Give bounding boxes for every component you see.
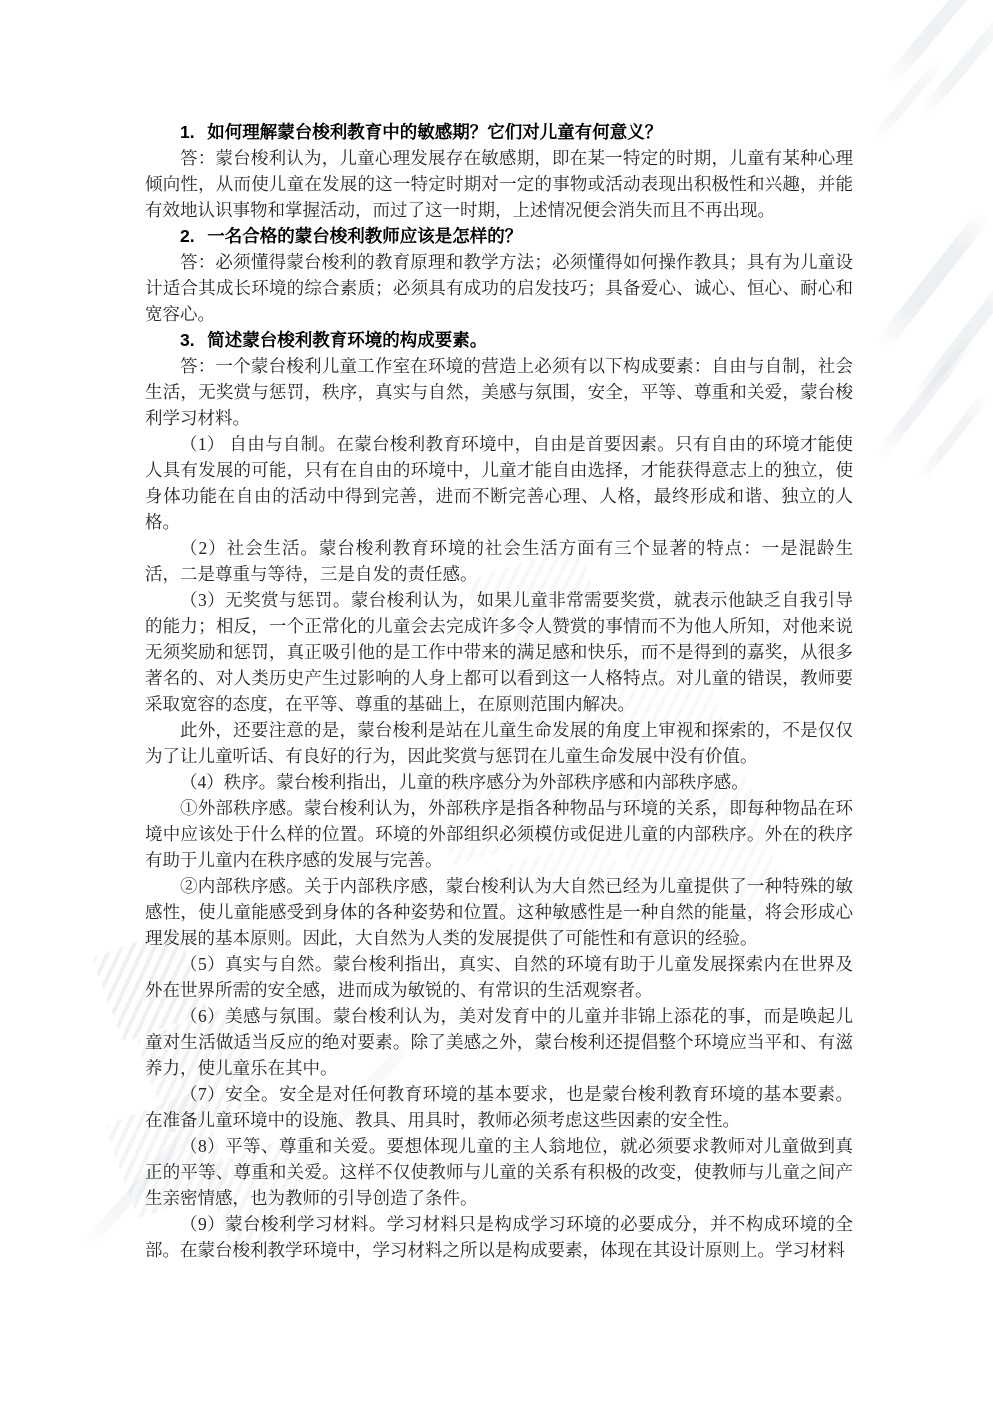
- watermark-streak: [872, 58, 944, 141]
- answer-paragraph: （8）平等、尊重和关爱。要想体现儿童的主人翁地位，就必须要求教师对儿童做到真正的…: [145, 1133, 853, 1211]
- question-number: 2.: [180, 226, 195, 246]
- question-heading: 3.简述蒙台梭利教育环境的构成要素。: [145, 327, 853, 353]
- answer-paragraph: 答：蒙台梭利认为，儿童心理发展存在敏感期，即在某一特定的时期，儿童有某种心理倾向…: [145, 145, 853, 223]
- answer-paragraph: （6）美感与氛围。蒙台梭利认为，美对发育中的儿童并非锦上添花的事，而是唤起儿童对…: [145, 1003, 853, 1081]
- question-heading: 1.如何理解蒙台梭利教育中的敏感期？它们对儿童有何意义？: [145, 119, 853, 145]
- answer-paragraph: （2）社会生活。蒙台梭利教育环境的社会生活方面有三个显著的特点：一是混龄生活，二…: [145, 535, 853, 587]
- question-text: 一名合格的蒙台梭利教师应该是怎样的？: [207, 226, 522, 246]
- answer-paragraph: （1） 自由与自制。在蒙台梭利教育环境中，自由是首要因素。只有自由的环境才能使人…: [145, 431, 853, 535]
- answer-paragraph: （4）秩序。蒙台梭利指出，儿童的秩序感分为外部秩序感和内部秩序感。: [145, 769, 853, 795]
- document-content: 1.如何理解蒙台梭利教育中的敏感期？它们对儿童有何意义？答：蒙台梭利认为，儿童心…: [145, 119, 853, 1263]
- answer-paragraph: 答：一个蒙台梭利儿童工作室在环境的营造上必须有以下构成要素：自由与自制，社会生活…: [145, 353, 853, 431]
- answer-paragraph: （3）无奖赏与惩罚。蒙台梭利认为，如果儿童非常需要奖赏，就表示他缺乏自我引导的能…: [145, 587, 853, 717]
- watermark-streak: [874, 208, 991, 352]
- answer-paragraph: ①外部秩序感。蒙台梭利认为，外部秩序是指各种物品与环境的关系，即每种物品在环境中…: [145, 795, 853, 873]
- question-text: 如何理解蒙台梭利教育中的敏感期？它们对儿童有何意义？: [207, 122, 662, 142]
- answer-paragraph: 答：必须懂得蒙台梭利的教育原理和教学方法；必须懂得如何操作教具；具有为儿童设计适…: [145, 249, 853, 327]
- watermark-streak: [919, 10, 993, 117]
- document-page: 1.如何理解蒙台梭利教育中的敏感期？它们对儿童有何意义？答：蒙台梭利认为，儿童心…: [0, 0, 993, 1404]
- question-text: 简述蒙台梭利教育环境的构成要素。: [207, 330, 487, 350]
- answer-paragraph: ②内部秩序感。关于内部秩序感，蒙台梭利认为大自然已经为儿童提供了一种特殊的敏感性…: [145, 873, 853, 951]
- watermark-streak: [874, 335, 976, 461]
- question-heading: 2.一名合格的蒙台梭利教师应该是怎样的？: [145, 223, 853, 249]
- watermark-streak: [883, 0, 990, 87]
- answer-paragraph: （9）蒙台梭利学习材料。学习材料只是构成学习环境的必要成分，并不构成环境的全部。…: [145, 1211, 853, 1263]
- question-number: 1.: [180, 122, 195, 142]
- answer-paragraph: （7）安全。安全是对任何教育环境的基本要求，也是蒙台梭利教育环境的基本要素。在准…: [145, 1081, 853, 1133]
- answer-paragraph: （5）真实与自然。蒙台梭利指出，真实、自然的环境有助于儿童发展探索内在世界及外在…: [145, 951, 853, 1003]
- question-number: 3.: [180, 330, 195, 350]
- watermark-streak: [909, 272, 993, 407]
- answer-paragraph: 此外，还要注意的是，蒙台梭利是站在儿童生命发展的角度上审视和探索的，不是仅仅为了…: [145, 717, 853, 769]
- watermark-streak: [915, 391, 991, 484]
